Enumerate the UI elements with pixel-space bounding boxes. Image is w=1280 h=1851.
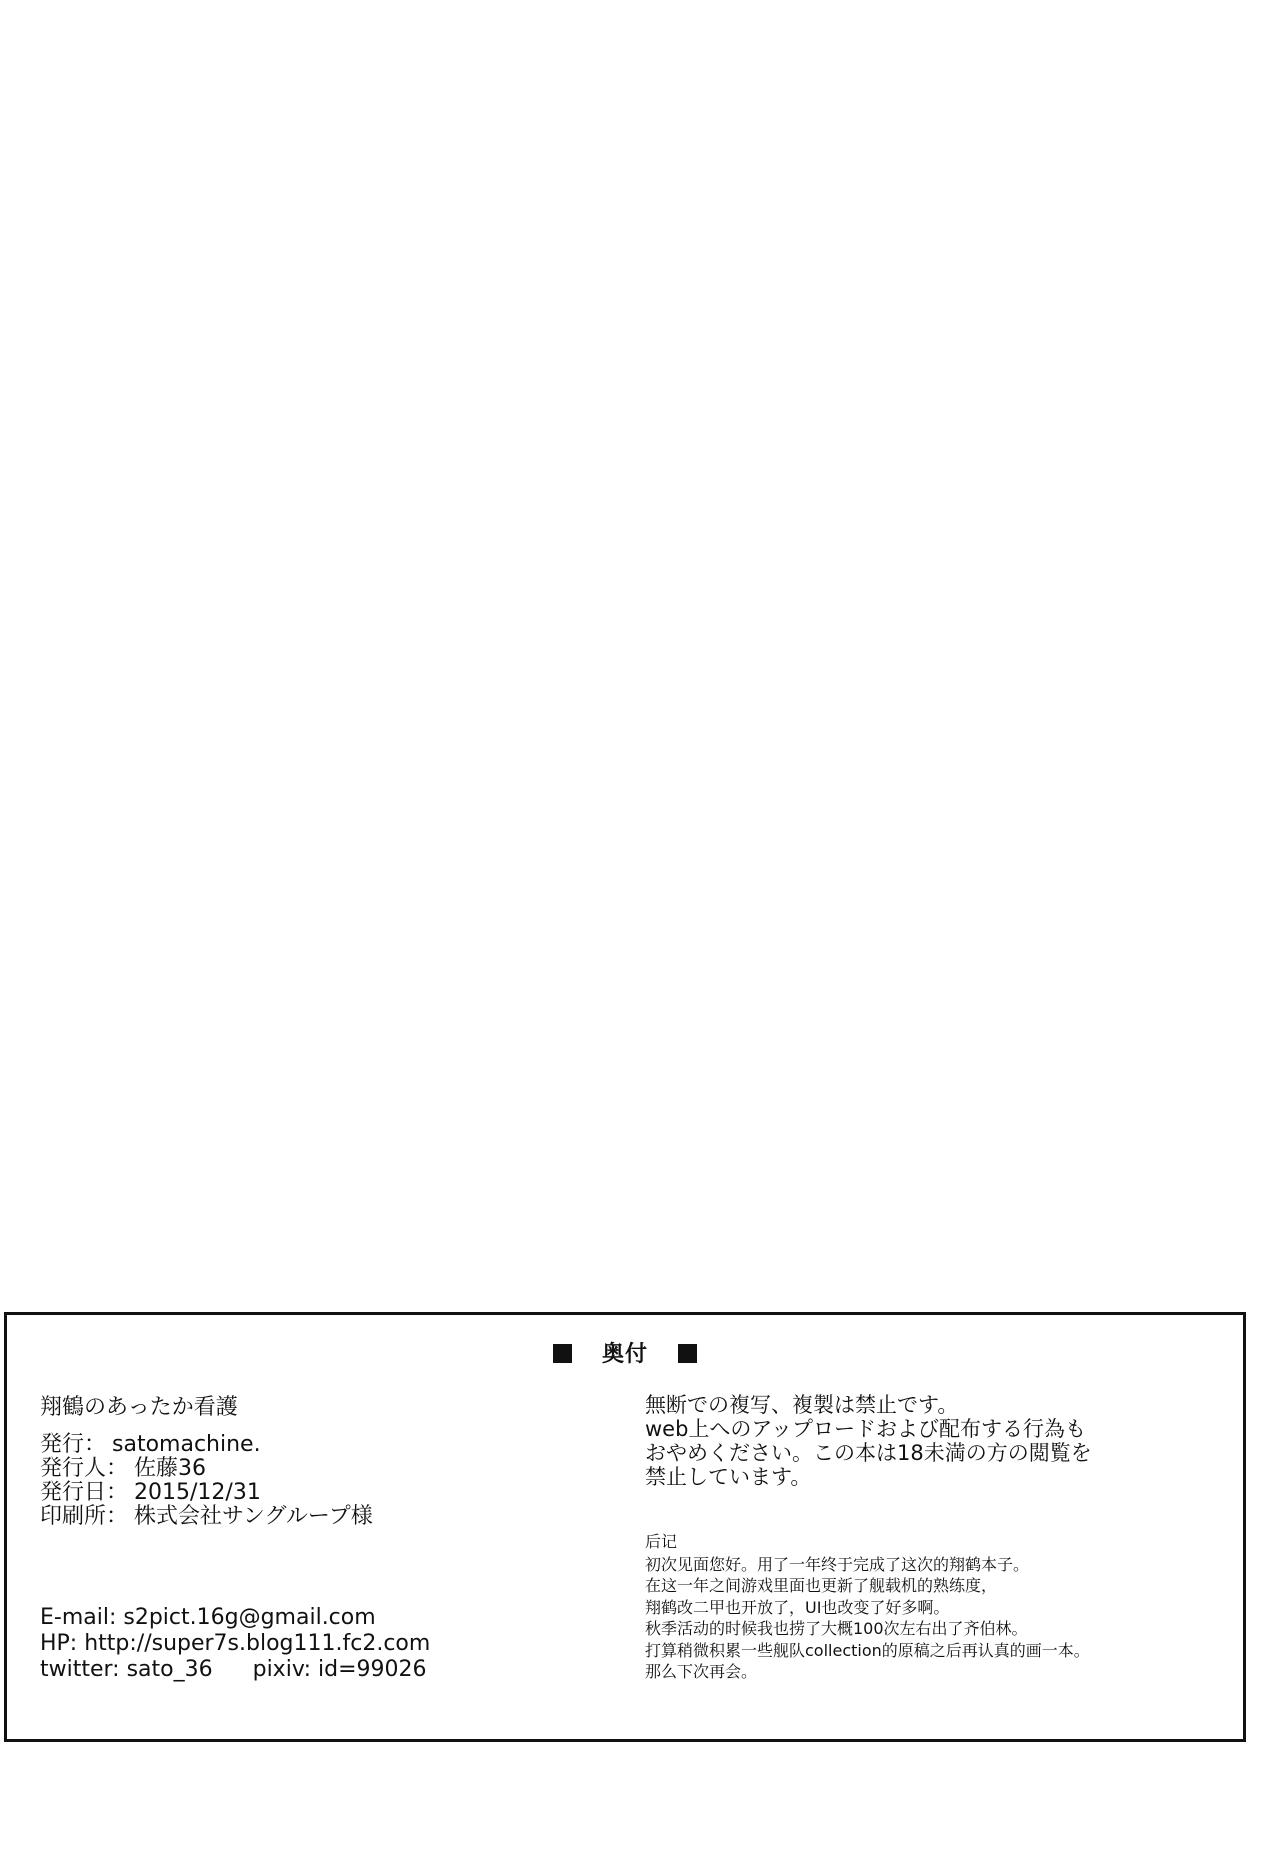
notice-line: 無断での複写、複製は禁止です。 (645, 1393, 1092, 1417)
notice-line: web上へのアップロードおよび配布する行為も (645, 1417, 1092, 1441)
afterword-line: 初次见面您好。用了一年终于完成了这次的翔鹤本子。 (645, 1554, 1090, 1576)
notice-line: 禁止しています。 (645, 1465, 1092, 1489)
issue-date-row: 発行日：2015/12/31 (40, 1481, 373, 1505)
copyright-notice: 無断での複写、複製は禁止です。 web上へのアップロードおよび配布する行為も お… (645, 1393, 1092, 1489)
social-line: twitter: sato_36pixiv: id=99026 (40, 1657, 430, 1683)
issuer-value: 佐藤36 (134, 1457, 206, 1481)
black-square-icon (553, 1344, 572, 1363)
colophon-heading-text: 奥付 (602, 1342, 648, 1367)
printer-label: 印刷所： (40, 1505, 128, 1529)
issuer-label: 発行人： (40, 1457, 128, 1481)
issuer-row: 発行人：佐藤36 (40, 1457, 373, 1481)
afterword-line: 在这一年之间游戏里面也更新了舰载机的熟练度， (645, 1575, 1090, 1597)
afterword: 后记 初次见面您好。用了一年终于完成了这次的翔鹤本子。 在这一年之间游戏里面也更… (645, 1531, 1090, 1683)
publication-info: 発行：satomachine. 発行人：佐藤36 発行日：2015/12/31 … (40, 1433, 373, 1529)
publisher-row: 発行：satomachine. (40, 1433, 373, 1457)
book-title: 翔鶴のあったか看護 (40, 1395, 238, 1421)
afterword-line: 翔鹤改二甲也开放了，UI也改变了好多啊。 (645, 1597, 1090, 1619)
issue-date-label: 発行日： (40, 1481, 128, 1505)
publisher-value: satomachine. (112, 1433, 261, 1457)
blank-page-area (0, 0, 1280, 1300)
printer-row: 印刷所：株式会社サングループ様 (40, 1505, 373, 1529)
issue-date-value: 2015/12/31 (134, 1481, 261, 1505)
afterword-line: 秋季活动的时候我也捞了大概100次左右出了齐伯林。 (645, 1618, 1090, 1640)
homepage-line: HP: http://super7s.blog111.fc2.com (40, 1631, 430, 1657)
afterword-line: 那么下次再会。 (645, 1661, 1090, 1683)
contact-info: E-mail: s2pict.16g@gmail.com HP: http://… (40, 1605, 430, 1683)
pixiv-id: pixiv: id=99026 (253, 1657, 427, 1682)
email-line: E-mail: s2pict.16g@gmail.com (40, 1605, 430, 1631)
colophon-heading: 奥付 (7, 1337, 1243, 1368)
notice-line: おやめください。この本は18未満の方の閲覧を (645, 1441, 1092, 1465)
afterword-title: 后记 (645, 1531, 1090, 1553)
black-square-icon (678, 1344, 697, 1363)
afterword-line: 打算稍微积累一些舰队collection的原稿之后再认真的画一本。 (645, 1640, 1090, 1662)
colophon-box: 奥付 翔鶴のあったか看護 発行：satomachine. 発行人：佐藤36 発行… (4, 1312, 1246, 1742)
printer-value: 株式会社サングループ様 (134, 1505, 373, 1529)
twitter-handle: twitter: sato_36 (40, 1657, 213, 1682)
publisher-label: 発行： (40, 1433, 106, 1457)
